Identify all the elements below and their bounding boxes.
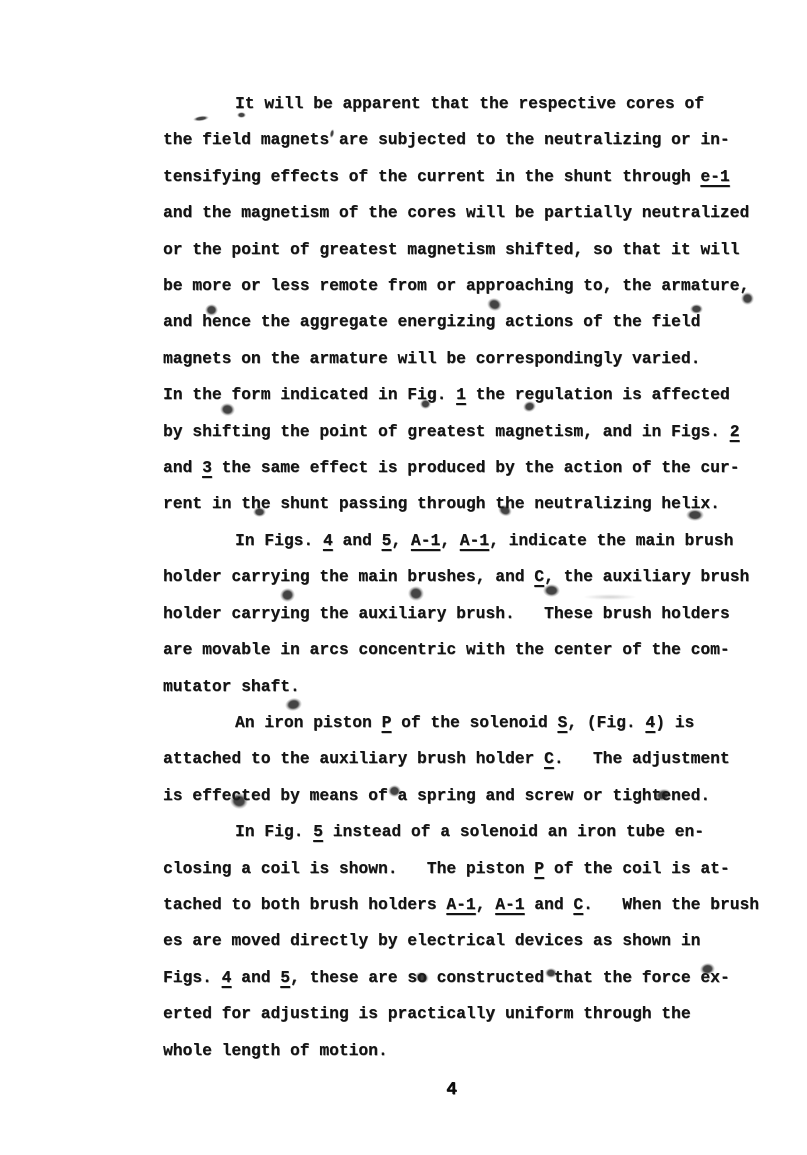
- ink-smudge: [205, 304, 218, 316]
- underlined-term: 2: [730, 422, 740, 441]
- text-segment: erted for adjusting is practically unifo…: [163, 1004, 691, 1023]
- ink-smudge: [388, 785, 401, 797]
- text-segment: holder carrying the main brushes, and: [163, 567, 534, 586]
- ink-smudge: [237, 112, 246, 118]
- text-segment: , the auxiliary brush: [544, 567, 749, 586]
- text-segment: and: [163, 458, 202, 477]
- text-segment: and: [231, 968, 280, 987]
- text-line: It will be apparent that the respective …: [163, 86, 783, 122]
- text-segment: attached to the auxiliary brush holder: [163, 749, 544, 768]
- underlined-term: 5: [382, 531, 392, 550]
- underlined-term: A-1: [446, 895, 475, 914]
- text-segment: instead of a solenoid an iron tube en-: [323, 822, 704, 841]
- text-segment: . The adjustment: [554, 749, 730, 768]
- underlined-term: A-1: [495, 895, 524, 914]
- text-line: mutator shaft.: [163, 669, 783, 705]
- ink-smudge: [253, 507, 266, 517]
- text-line: holder carrying the main brushes, and C,…: [163, 559, 783, 595]
- underlined-term: 4: [222, 968, 232, 987]
- text-segment: are movable in arcs concentric with the …: [163, 640, 730, 659]
- text-line: In the form indicated in Fig. 1 the regu…: [163, 377, 783, 413]
- text-segment: mutator shaft.: [163, 677, 300, 696]
- text-segment: rent in the shunt passing through the ne…: [163, 494, 720, 513]
- text-line: In Fig. 5 instead of a solenoid an iron …: [163, 814, 783, 850]
- underlined-term: 1: [456, 385, 466, 404]
- ink-smudge: [686, 509, 704, 521]
- text-segment: tensifying effects of the current in the…: [163, 167, 700, 186]
- text-line: tached to both brush holders A-1, A-1 an…: [163, 887, 783, 923]
- underlined-term: A-1: [411, 531, 440, 550]
- text-segment: holder carrying the auxiliary brush. The…: [163, 604, 730, 623]
- text-segment: In the form indicated in Fig.: [163, 385, 456, 404]
- text-segment: the same effect is produced by the actio…: [212, 458, 740, 477]
- text-segment: magnets on the armature will be correspo…: [163, 349, 700, 368]
- text-segment: and the magnetism of the cores will be p…: [163, 203, 749, 222]
- page-number: 4: [163, 1080, 740, 1100]
- ink-smudge: [690, 304, 703, 314]
- underlined-term: C: [534, 567, 544, 586]
- text-segment: , (Fig.: [567, 713, 645, 732]
- text-segment: whole length of motion.: [163, 1041, 388, 1060]
- text-block: It will be apparent that the respective …: [163, 86, 783, 1069]
- text-line: closing a coil is shown. The piston P of…: [163, 851, 783, 887]
- text-line: is effected by means of a spring and scr…: [163, 778, 783, 814]
- text-line: and the magnetism of the cores will be p…: [163, 195, 783, 231]
- text-segment: Figs.: [163, 968, 222, 987]
- text-segment: , indicate the main brush: [489, 531, 733, 550]
- text-segment: closing a coil is shown. The piston: [163, 859, 534, 878]
- ink-smudge: [580, 594, 640, 600]
- text-line: magnets on the armature will be correspo…: [163, 341, 783, 377]
- underlined-term: 4: [645, 713, 655, 732]
- ink-smudge: [420, 399, 431, 409]
- text-line: tensifying effects of the current in the…: [163, 159, 783, 195]
- text-segment: ,: [440, 531, 460, 550]
- text-line: and 3 the same effect is produced by the…: [163, 450, 783, 486]
- ink-smudge: [543, 584, 560, 597]
- text-line: es are moved directly by electrical devi…: [163, 923, 783, 959]
- text-segment: tached to both brush holders: [163, 895, 446, 914]
- underlined-term: P: [382, 713, 392, 732]
- text-segment: and: [333, 531, 382, 550]
- text-segment: ,: [391, 531, 411, 550]
- text-line: are movable in arcs concentric with the …: [163, 632, 783, 668]
- text-segment: the field magnets are subjected to the n…: [163, 130, 730, 149]
- text-line: the field magnets are subjected to the n…: [163, 122, 783, 158]
- text-segment: the regulation is affected: [466, 385, 730, 404]
- text-segment: or the point of greatest magnetism shift…: [163, 240, 739, 259]
- text-segment: It will be apparent that the respective …: [235, 94, 704, 113]
- text-line: be more or less remote from or approachi…: [163, 268, 783, 304]
- text-segment: ,: [476, 895, 496, 914]
- text-line: In Figs. 4 and 5, A-1, A-1, indicate the…: [163, 523, 783, 559]
- text-segment: of the coil is at-: [544, 859, 730, 878]
- text-line: attached to the auxiliary brush holder C…: [163, 741, 783, 777]
- underlined-term: e-1: [700, 167, 729, 186]
- text-line: or the point of greatest magnetism shift…: [163, 232, 783, 268]
- text-segment: An iron piston: [235, 713, 382, 732]
- text-segment: In Fig.: [235, 822, 313, 841]
- text-segment: In Figs.: [235, 531, 323, 550]
- text-segment: . When the brush: [583, 895, 759, 914]
- text-segment: by shifting the point of greatest magnet…: [163, 422, 730, 441]
- document-page: It will be apparent that the respective …: [0, 0, 807, 1155]
- text-line: by shifting the point of greatest magnet…: [163, 414, 783, 450]
- ink-smudge: [545, 968, 557, 978]
- text-line: whole length of motion.: [163, 1033, 783, 1069]
- underlined-term: 5: [313, 822, 323, 841]
- underlined-term: C: [573, 895, 583, 914]
- underlined-term: 3: [202, 458, 212, 477]
- text-segment: , these are so constructed that the forc…: [290, 968, 730, 987]
- underlined-term: S: [557, 713, 567, 732]
- text-segment: es are moved directly by electrical devi…: [163, 931, 700, 950]
- text-segment: and: [525, 895, 574, 914]
- text-line: holder carrying the auxiliary brush. The…: [163, 596, 783, 632]
- text-segment: ) is: [655, 713, 694, 732]
- underlined-term: 5: [280, 968, 290, 987]
- underlined-term: A-1: [460, 531, 489, 550]
- text-segment: and hence the aggregate energizing actio…: [163, 312, 700, 331]
- text-segment: be more or less remote from or approachi…: [163, 276, 749, 295]
- underlined-term: P: [534, 859, 544, 878]
- text-line: erted for adjusting is practically unifo…: [163, 996, 783, 1032]
- text-line: Figs. 4 and 5, these are so constructed …: [163, 960, 783, 996]
- underlined-term: C: [544, 749, 554, 768]
- text-segment: of the solenoid: [391, 713, 557, 732]
- text-line: An iron piston P of the solenoid S, (Fig…: [163, 705, 783, 741]
- underlined-term: 4: [323, 531, 333, 550]
